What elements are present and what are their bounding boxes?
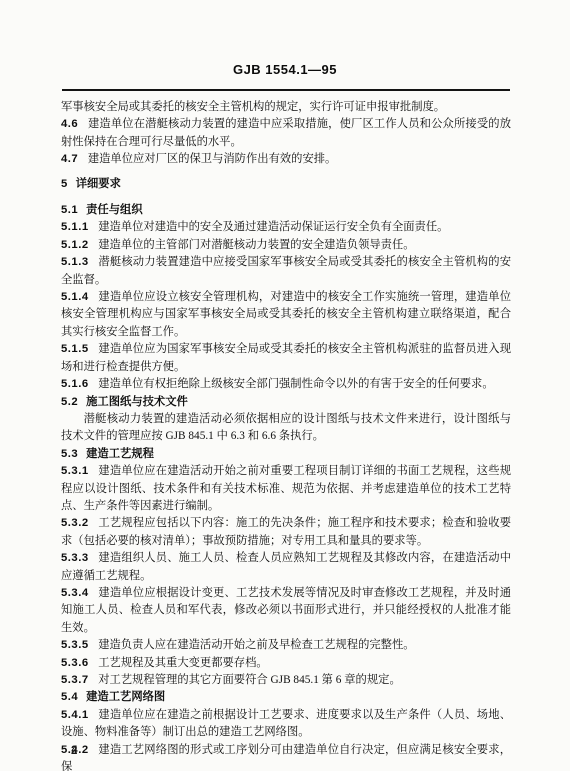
section-heading-5-2: 5.2施工图纸与技术文件 bbox=[61, 394, 511, 411]
section-title: 详细要求 bbox=[76, 178, 121, 190]
clause-5-3-6: 5.3.6工艺规程及其重大变更都要存档。 bbox=[61, 655, 511, 672]
clause-text: 对工艺规程管理的其它方面要符合 GJB 845.1 第 6 章的规定。 bbox=[98, 674, 401, 686]
clause-5-1-2: 5.1.2建造单位的主管部门对潜艇核动力装置的安全建造负领导责任。 bbox=[61, 237, 511, 254]
document-body: 军事核安全局或其委托的核安全主管机构的规定，实行许可证申报审批制度。 4.6建造… bbox=[61, 99, 511, 771]
clause-5-3-2: 5.3.2工艺规程应包括以下内容：施工的先决条件；施工程序和技术要求；检查和验收… bbox=[61, 515, 511, 550]
clause-text: 工艺规程应包括以下内容：施工的先决条件；施工程序和技术要求；检查和验收要求（包括… bbox=[61, 517, 511, 546]
paragraph-5-2-body: 潜艇核动力装置的建造活动必须依据相应的设计图纸与技术文件来进行，设计图纸与技术文… bbox=[61, 411, 511, 446]
clause-number: 5.1.5 bbox=[61, 343, 89, 355]
section-number: 5.1 bbox=[61, 204, 78, 216]
section-title: 建造工艺网络图 bbox=[86, 691, 165, 703]
clause-5-3-1: 5.3.1建造单位应在建造活动开始之前对重要工程项目制订详细的书面工艺规程，这些… bbox=[61, 463, 511, 515]
clause-number: 5.3.3 bbox=[61, 552, 89, 564]
paragraph-text: 军事核安全局或其委托的核安全主管机构的规定，实行许可证申报审批制度。 bbox=[61, 101, 445, 113]
paragraph-continuation: 军事核安全局或其委托的核安全主管机构的规定，实行许可证申报审批制度。 bbox=[61, 99, 511, 116]
clause-number: 5.1.2 bbox=[61, 239, 89, 251]
section-title: 责任与组织 bbox=[86, 204, 143, 216]
clause-number: 5.3.1 bbox=[61, 465, 89, 477]
section-heading-5-1: 5.1责任与组织 bbox=[61, 202, 511, 219]
header-divider-rule bbox=[62, 89, 510, 91]
clause-number: 5.3.6 bbox=[61, 657, 89, 669]
clause-number: 5.4.1 bbox=[61, 709, 89, 721]
clause-text: 建造单位应设立核安全管理机构，对建造中的核安全工作实施统一管理，建造单位核安全管… bbox=[61, 291, 511, 338]
clause-5-1-1: 5.1.1建造单位对建造中的安全及通过建造活动保证运行安全负有全面责任。 bbox=[61, 219, 511, 236]
section-number: 5 bbox=[61, 178, 68, 190]
section-number: 5.3 bbox=[61, 448, 78, 460]
section-number: 5.4 bbox=[61, 691, 78, 703]
section-title: 建造工艺规程 bbox=[86, 448, 154, 460]
section-title: 施工图纸与技术文件 bbox=[86, 396, 188, 408]
section-heading-5-3: 5.3建造工艺规程 bbox=[61, 446, 511, 463]
section-heading-5-4: 5.4建造工艺网络图 bbox=[61, 689, 511, 706]
clause-number: 4.6 bbox=[61, 118, 78, 130]
clause-number: 5.3.5 bbox=[61, 639, 89, 651]
section-heading-5: 5详细要求 bbox=[61, 176, 511, 193]
clause-4-6: 4.6建造单位在潜艇核动力装置的建造中应采取措施，使厂区工作人员和公众所接受的放… bbox=[61, 116, 511, 151]
clause-text: 潜艇核动力装置建造中应接受国家军事核安全局或受其委托的核安全主管机构的安全监督。 bbox=[61, 256, 511, 285]
clause-number: 5.1.4 bbox=[61, 291, 89, 303]
paragraph-text: 潜艇核动力装置的建造活动必须依据相应的设计图纸与技术文件来进行，设计图纸与技术文… bbox=[61, 413, 511, 442]
clause-4-7: 4.7建造单位应对厂区的保卫与消防作出有效的安排。 bbox=[61, 151, 511, 168]
page-number: 2 bbox=[71, 745, 77, 757]
clause-text: 建造单位应对厂区的保卫与消防作出有效的安排。 bbox=[88, 153, 337, 165]
clause-5-3-3: 5.3.3建造组织人员、施工人员、检查人员应熟知工艺规程及其修改内容，在建造活动… bbox=[61, 550, 511, 585]
clause-5-3-5: 5.3.5建造负责人应在建造活动开始之前及早检查工艺规程的完整性。 bbox=[61, 637, 511, 654]
clause-number: 5.3.4 bbox=[61, 587, 89, 599]
clause-text: 建造单位对建造中的安全及通过建造活动保证运行安全负有全面责任。 bbox=[98, 221, 448, 233]
section-number: 5.2 bbox=[61, 396, 78, 408]
clause-number: 5.1.6 bbox=[61, 378, 89, 390]
clause-number: 4.7 bbox=[61, 153, 78, 165]
clause-number: 5.3.2 bbox=[61, 517, 89, 529]
clause-5-4-2: 5.4.2建造工艺网络图的形式或工序划分可由建造单位自行决定，但应满足核安全要求… bbox=[61, 742, 511, 771]
clause-5-1-6: 5.1.6建造单位有权拒绝除上级核安全部门强制性命令以外的有害于安全的任何要求。 bbox=[61, 376, 511, 393]
clause-text: 建造组织人员、施工人员、检查人员应熟知工艺规程及其修改内容，在建造活动中应遵循工… bbox=[61, 552, 511, 581]
scanned-standard-page: GJB 1554.1—95 军事核安全局或其委托的核安全主管机构的规定，实行许可… bbox=[0, 0, 570, 771]
clause-text: 建造单位在潜艇核动力装置的建造中应采取措施，使厂区工作人员和公众所接受的放射性保… bbox=[61, 118, 511, 147]
clause-text: 建造单位应为国家军事核安全局或受其委托的核安全主管机构派驻的监督员进入现场和进行… bbox=[61, 343, 511, 372]
clause-text: 建造单位应在建造之前根据设计工艺要求、进度要求以及生产条件（人员、场地、设施、物… bbox=[61, 709, 511, 738]
clause-text: 建造负责人应在建造活动开始之前及早检查工艺规程的完整性。 bbox=[98, 639, 414, 651]
clause-5-3-4: 5.3.4建造单位应根据设计变更、工艺技术发展等情况及时审查修改工艺规程，并及时… bbox=[61, 585, 511, 637]
clause-text: 建造单位应根据设计变更、工艺技术发展等情况及时审查修改工艺规程，并及时通知施工人… bbox=[61, 587, 511, 634]
clause-5-1-3: 5.1.3潜艇核动力装置建造中应接受国家军事核安全局或受其委托的核安全主管机构的… bbox=[61, 254, 511, 289]
clause-number: 5.1.1 bbox=[61, 221, 89, 233]
clause-text: 建造单位的主管部门对潜艇核动力装置的安全建造负领导责任。 bbox=[98, 239, 414, 251]
clause-number: 5.1.3 bbox=[61, 256, 89, 268]
clause-number: 5.3.7 bbox=[61, 674, 89, 686]
clause-text: 建造工艺网络图的形式或工序划分可由建造单位自行决定，但应满足核安全要求，保 bbox=[61, 744, 511, 771]
document-number-header: GJB 1554.1—95 bbox=[0, 62, 570, 77]
clause-text: 建造单位应在建造活动开始之前对重要工程项目制订详细的书面工艺规程，这些规程应以设… bbox=[61, 465, 511, 512]
clause-text: 工艺规程及其重大变更都要存档。 bbox=[98, 657, 267, 669]
clause-5-4-1: 5.4.1建造单位应在建造之前根据设计工艺要求、进度要求以及生产条件（人员、场地… bbox=[61, 707, 511, 742]
clause-text: 建造单位有权拒绝除上级核安全部门强制性命令以外的有害于安全的任何要求。 bbox=[98, 378, 493, 390]
clause-5-1-5: 5.1.5建造单位应为国家军事核安全局或受其委托的核安全主管机构派驻的监督员进入… bbox=[61, 341, 511, 376]
clause-5-1-4: 5.1.4建造单位应设立核安全管理机构，对建造中的核安全工作实施统一管理，建造单… bbox=[61, 289, 511, 341]
clause-5-3-7: 5.3.7对工艺规程管理的其它方面要符合 GJB 845.1 第 6 章的规定。 bbox=[61, 672, 511, 689]
